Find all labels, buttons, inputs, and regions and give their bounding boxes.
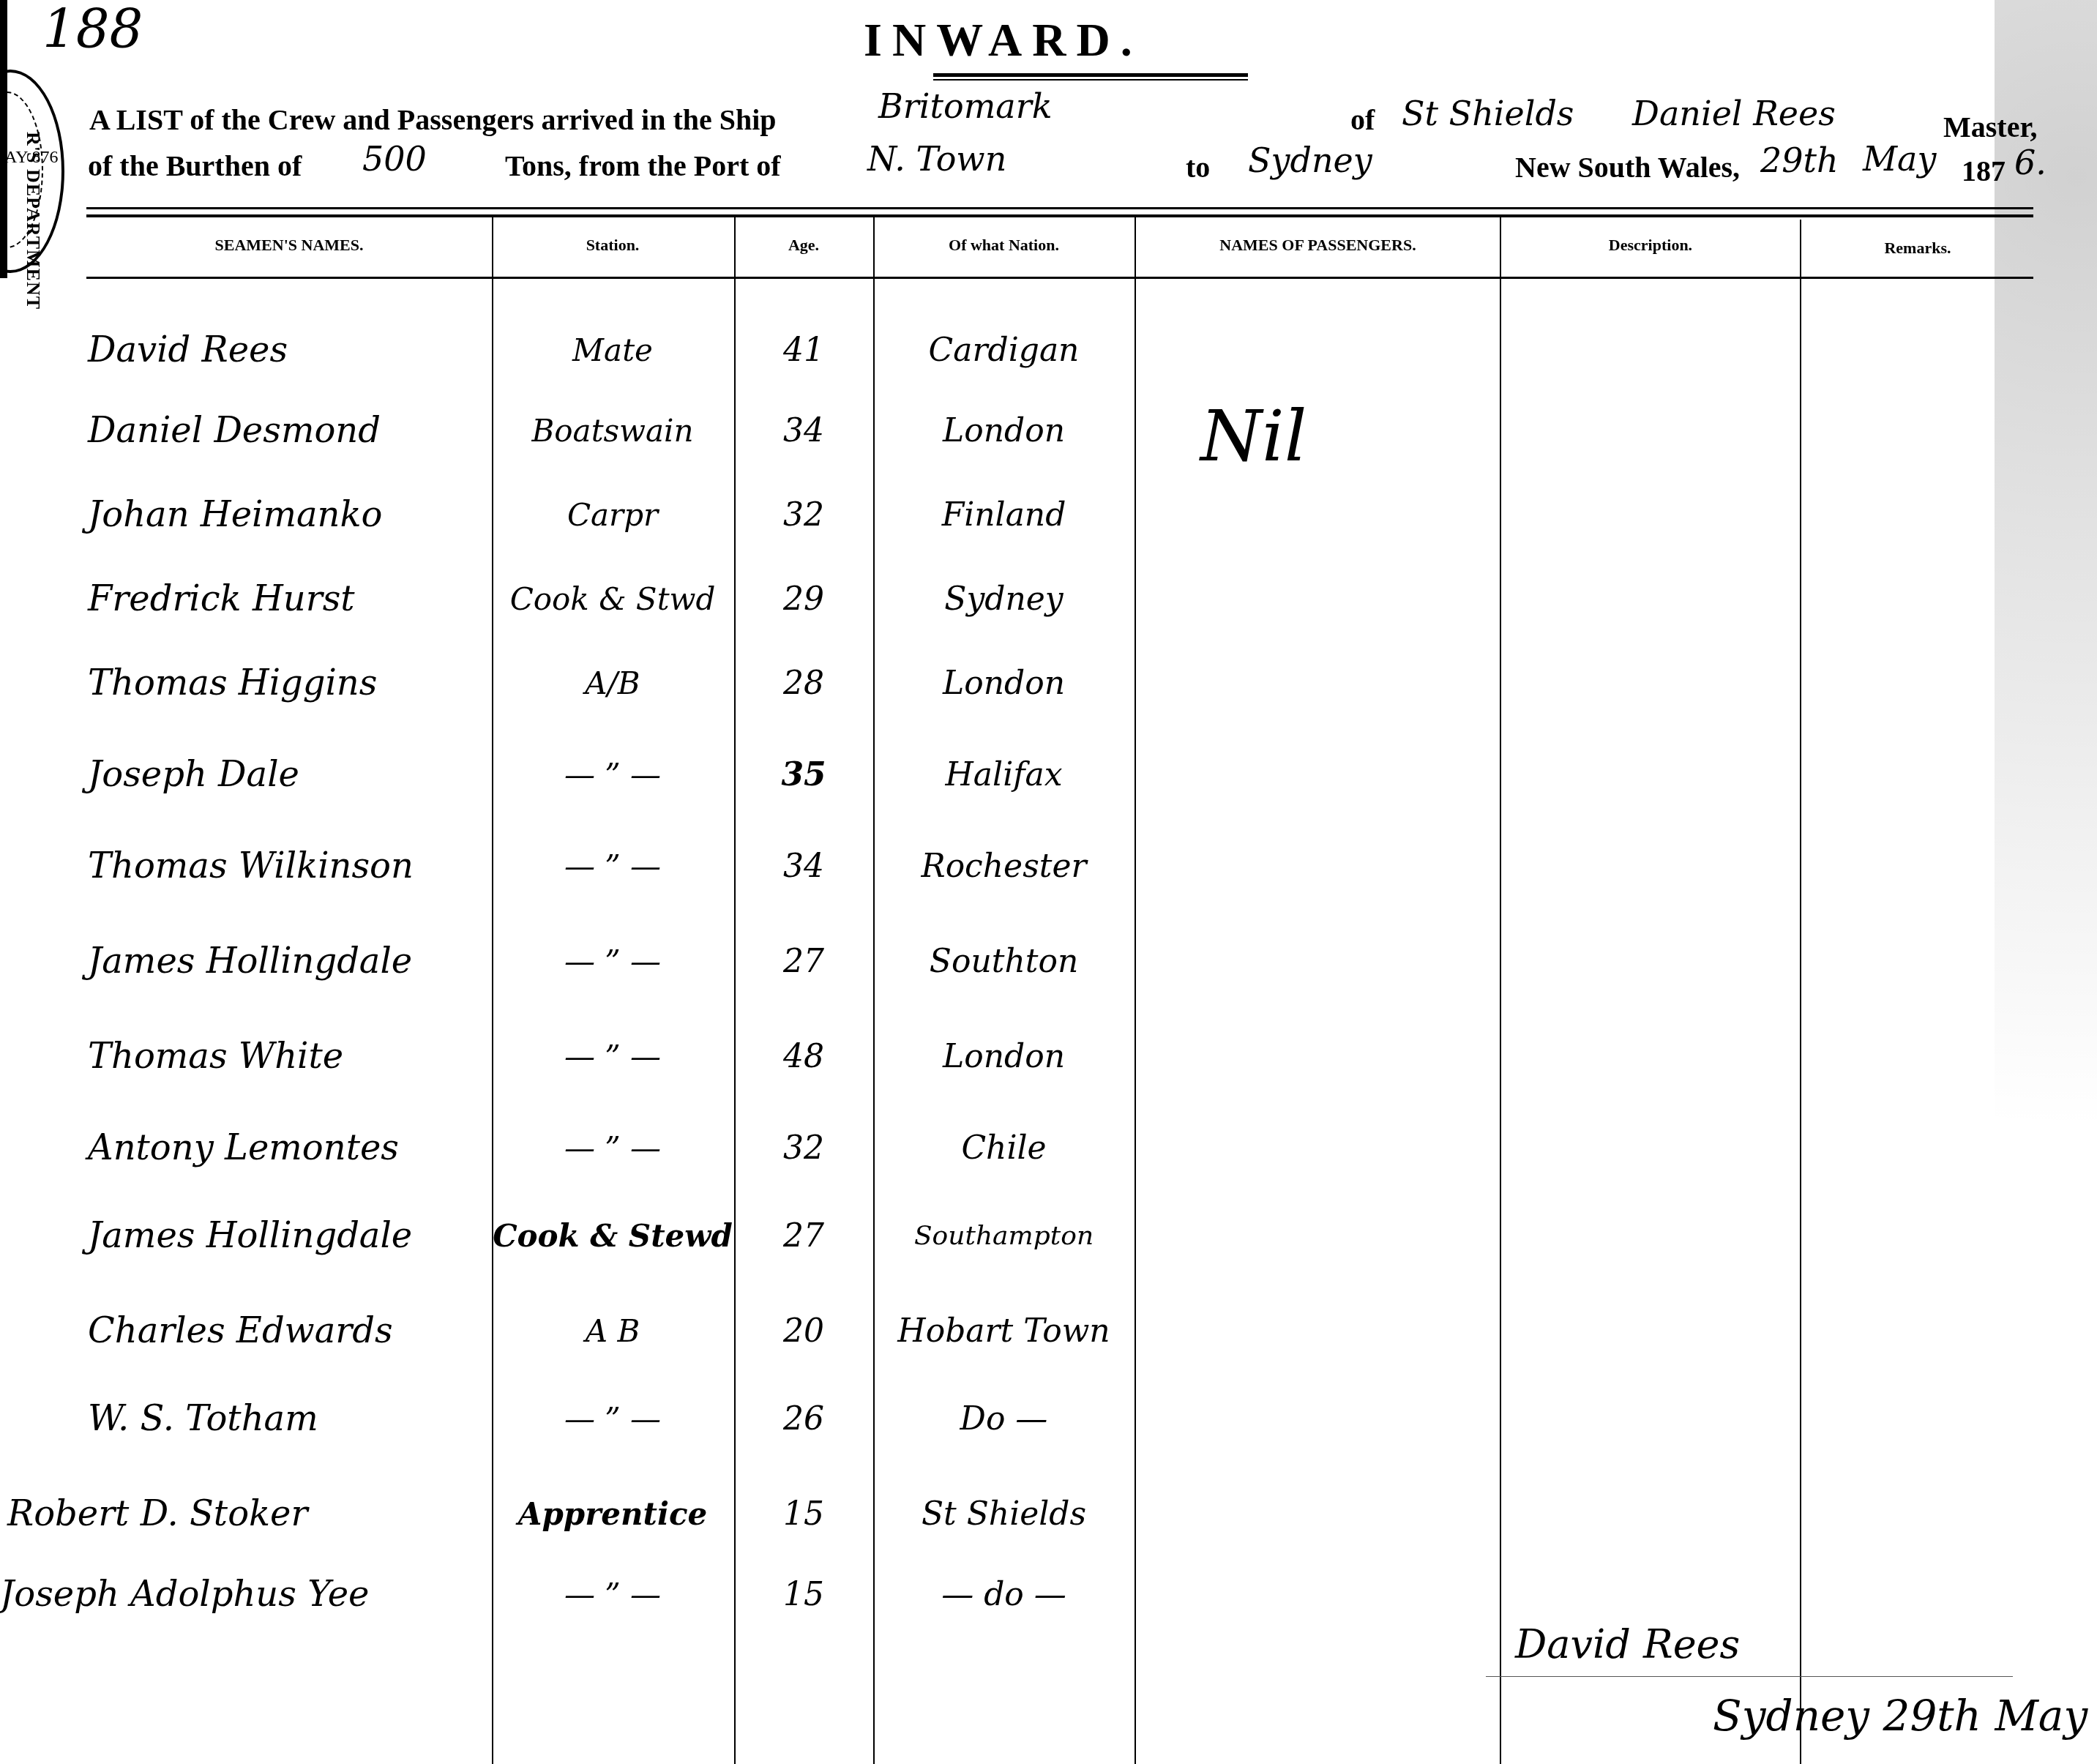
crew-row: Thomas Higgins A/B 28 London	[0, 640, 2097, 725]
seaman-age: 27	[734, 1193, 873, 1278]
col-age: Age.	[734, 236, 873, 255]
seaman-age: 34	[734, 388, 873, 473]
crew-row: Thomas White — ” — 48 London	[0, 1014, 2097, 1099]
seaman-station: A/B	[492, 640, 733, 725]
crew-row: W. S. Totham — ” — 26 Do —	[0, 1376, 2097, 1461]
master-name: Daniel Rees	[1632, 94, 1836, 133]
seaman-nation: London	[873, 640, 1135, 725]
seaman-station: — ” —	[492, 732, 733, 817]
seaman-age: 20	[734, 1288, 873, 1373]
document-title: INWARD.	[864, 13, 1143, 67]
seaman-age: 48	[734, 1014, 873, 1099]
crew-row: David Rees Mate 41 Cardigan	[0, 307, 2097, 392]
title-underline-thin	[933, 79, 1248, 81]
port-of-registry: St Shields	[1402, 94, 1574, 133]
seaman-station: — ” —	[492, 1105, 733, 1190]
from-port: N. Town	[867, 139, 1006, 179]
seaman-station: Carpr	[492, 472, 733, 557]
col-description: Description.	[1501, 236, 1800, 255]
ship-name: Britomark	[878, 86, 1053, 126]
seaman-station: Mate	[492, 307, 733, 392]
crew-row: Joseph Dale — ” — 35 Halifax	[0, 732, 2097, 817]
seaman-age: 28	[734, 640, 873, 725]
seaman-age: 27	[734, 919, 873, 1004]
seaman-name: Thomas White	[88, 1014, 490, 1099]
signature-place-date: Sydney 29th May	[1713, 1691, 2087, 1741]
seaman-name: Thomas Wilkinson	[88, 823, 490, 908]
seaman-station: — ” —	[492, 1014, 733, 1099]
of-label: of	[1350, 102, 1375, 137]
arrival-year-hand: 6.	[2014, 143, 2046, 182]
crew-row: Johan Heimanko Carpr 32 Finland	[0, 472, 2097, 557]
seaman-name: David Rees	[88, 307, 490, 392]
master-signature: David Rees	[1515, 1621, 1740, 1667]
seaman-age: 29	[734, 556, 873, 641]
seaman-nation: Southton	[873, 919, 1135, 1004]
seaman-nation: Hobart Town	[873, 1288, 1135, 1373]
seaman-age: 15	[734, 1552, 873, 1637]
seaman-age: 32	[734, 472, 873, 557]
seaman-name: James Hollingdale	[88, 919, 490, 1004]
crew-row: Robert D. Stoker Apprentice 15 St Shield…	[0, 1471, 2097, 1556]
arrival-year-printed: 187	[1962, 154, 2006, 188]
seaman-name: Joseph Dale	[88, 732, 490, 817]
nsw-label: New South Wales,	[1515, 150, 1740, 184]
list-heading-prefix: A LIST of the Crew and Passengers arrive…	[89, 102, 777, 137]
col-passenger-names: NAMES OF PASSENGERS.	[1136, 236, 1500, 255]
seaman-station: Cook & Stwd	[492, 556, 733, 641]
column-heading-rule	[86, 277, 2033, 279]
seaman-name: Robert D. Stoker	[7, 1471, 410, 1556]
seaman-age: 41	[734, 307, 873, 392]
seaman-name: Daniel Desmond	[88, 388, 490, 473]
seaman-nation: Rochester	[873, 823, 1135, 908]
seaman-name: Charles Edwards	[88, 1288, 490, 1373]
seaman-nation: Chile	[873, 1105, 1135, 1190]
seaman-station: Cook & Stewd	[492, 1193, 733, 1278]
crew-row: Antony Lemontes — ” — 32 Chile	[0, 1105, 2097, 1190]
crew-row: Fredrick Hurst Cook & Stwd 29 Sydney	[0, 556, 2097, 641]
seaman-nation: London	[873, 1014, 1135, 1099]
seaman-nation: Finland	[873, 472, 1135, 557]
col-station: Station.	[492, 236, 733, 255]
seaman-age: 26	[734, 1376, 873, 1461]
seaman-age: 34	[734, 823, 873, 908]
col-seamens-names: SEAMEN'S NAMES.	[88, 236, 490, 255]
burthen-value: 500	[362, 139, 427, 179]
seaman-nation: Cardigan	[873, 307, 1135, 392]
seaman-nation: London	[873, 388, 1135, 473]
seaman-name: W. S. Totham	[88, 1376, 490, 1461]
passengers-nil: Nil	[1200, 395, 1307, 477]
seaman-nation: Halifax	[873, 732, 1135, 817]
seaman-station: — ” —	[492, 1376, 733, 1461]
arrival-month: May	[1863, 139, 1937, 179]
crew-row: Daniel Desmond Boatswain 34 London	[0, 388, 2097, 473]
seaman-name: Joseph Adolphus Yee	[0, 1552, 483, 1637]
to-port: Sydney	[1248, 141, 1372, 180]
seaman-nation: — do —	[873, 1552, 1135, 1637]
arrival-day: 29th	[1760, 141, 1839, 180]
seaman-nation: St Shields	[873, 1471, 1135, 1556]
seaman-age: 35	[734, 732, 873, 817]
crew-row: Charles Edwards A B 20 Hobart Town	[0, 1288, 2097, 1373]
col-nation: Of what Nation.	[873, 236, 1135, 255]
seaman-name: James Hollingdale	[88, 1193, 490, 1278]
seaman-age: 15	[734, 1471, 873, 1556]
crew-row: Thomas Wilkinson — ” — 34 Rochester	[0, 823, 2097, 908]
col-remarks: Remarks.	[1801, 239, 2035, 258]
crew-row: James Hollingdale Cook & Stewd 27 Southa…	[0, 1193, 2097, 1278]
seaman-name: Fredrick Hurst	[88, 556, 490, 641]
header-rule-top	[86, 207, 2033, 209]
seaman-name: Antony Lemontes	[88, 1105, 490, 1190]
seaman-station: Boatswain	[492, 388, 733, 473]
stamp-date: AY 876	[4, 146, 59, 168]
crew-row: James Hollingdale — ” — 27 Southton	[0, 919, 2097, 1004]
to-label: to	[1186, 150, 1210, 184]
tons-label: Tons, from the Port of	[505, 149, 781, 183]
crew-row: Joseph Adolphus Yee — ” — 15 — do —	[0, 1552, 2097, 1637]
master-label: Master,	[1943, 110, 2037, 144]
seaman-station: A B	[492, 1288, 733, 1373]
seaman-nation: Sydney	[873, 556, 1135, 641]
title-underline	[933, 73, 1248, 77]
seaman-station: — ” —	[492, 823, 733, 908]
signature-line	[1486, 1676, 2013, 1677]
seaman-name: Thomas Higgins	[88, 640, 490, 725]
seaman-station: — ” —	[492, 919, 733, 1004]
seaman-name: Johan Heimanko	[88, 472, 490, 557]
header-rule-bottom	[86, 214, 2033, 217]
burthen-label: of the Burthen of	[88, 149, 302, 183]
seaman-station: Apprentice	[492, 1471, 733, 1556]
seaman-nation: Southampton	[873, 1193, 1135, 1278]
seaman-nation: Do —	[873, 1376, 1135, 1461]
seaman-age: 32	[734, 1105, 873, 1190]
folio-mark: 188	[42, 0, 143, 59]
seaman-station: — ” —	[492, 1552, 733, 1637]
